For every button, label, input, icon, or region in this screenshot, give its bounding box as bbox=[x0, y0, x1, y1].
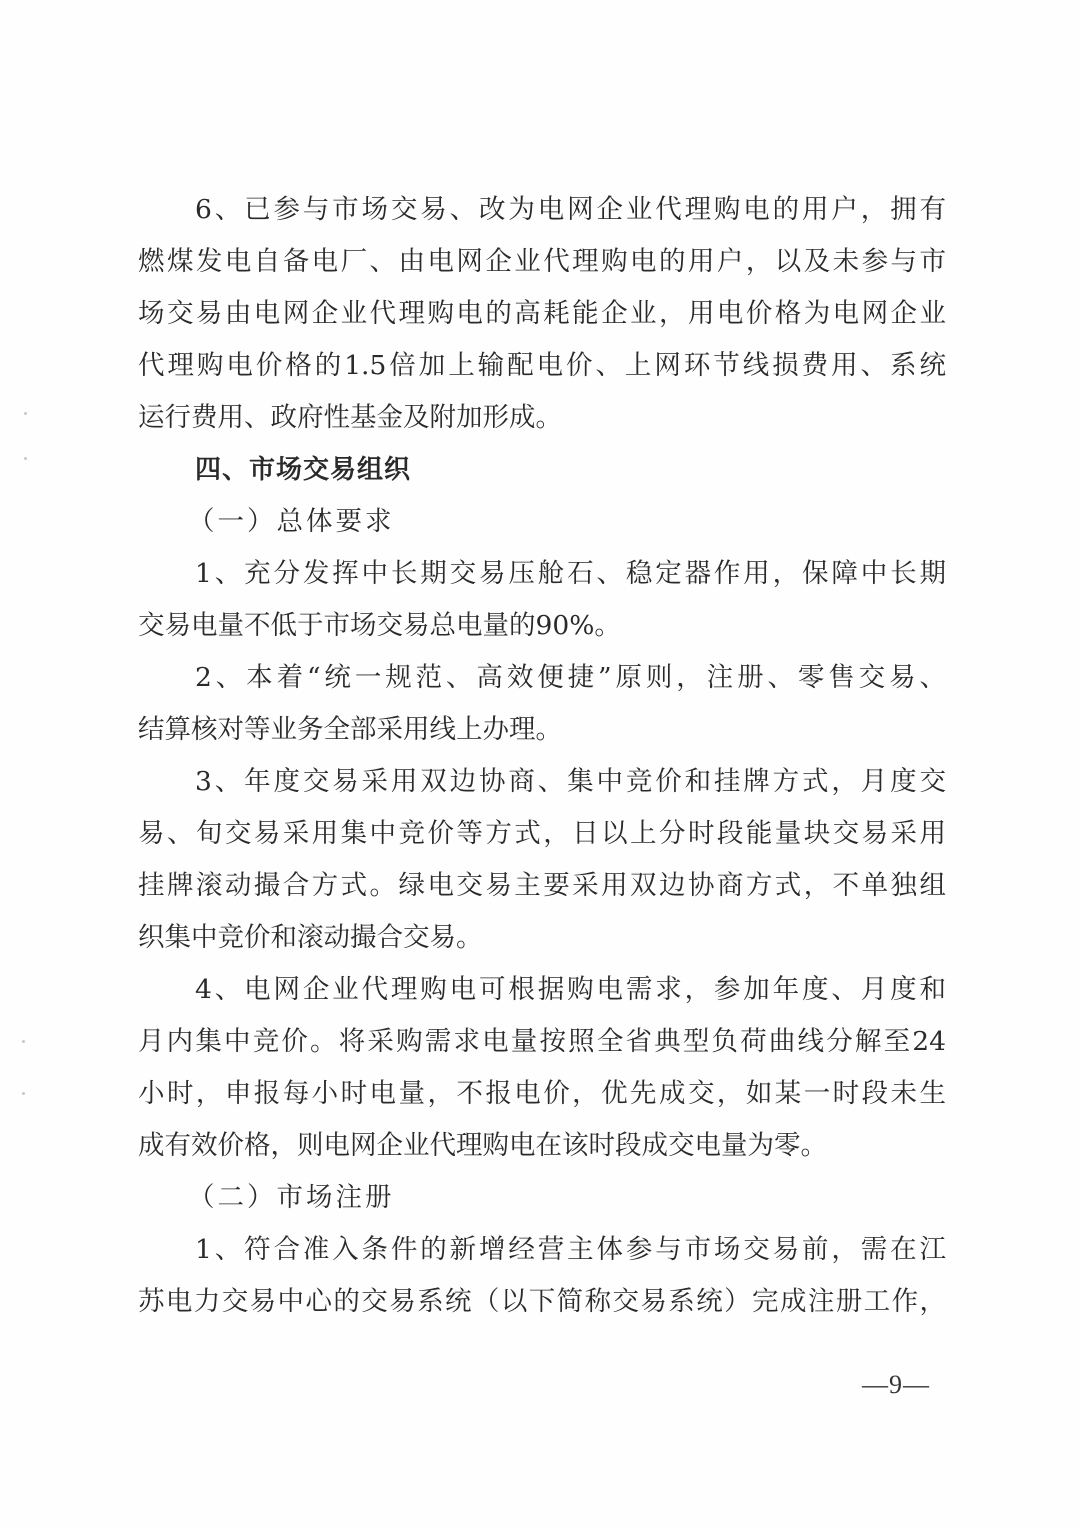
document-body: 6、已参与市场交易、改为电网企业代理购电的用户，拥有 燃煤发电自备电厂、由电网企… bbox=[138, 184, 946, 1328]
subsection-heading-general-requirements: （一）总体要求 bbox=[138, 496, 946, 548]
text-line: 3、年度交易采用双边协商、集中竞价和挂牌方式，月度交 bbox=[138, 756, 946, 808]
text-line: 1、充分发挥中长期交易压舱石、稳定器作用，保障中长期 bbox=[138, 548, 946, 600]
text-line: 织集中竞价和滚动撮合交易。 bbox=[138, 912, 946, 964]
requirement-item-2: 2、本着“统一规范、高效便捷”原则，注册、零售交易、 结算核对等业务全部采用线上… bbox=[138, 652, 946, 756]
text-line: 挂牌滚动撮合方式。绿电交易主要采用双边协商方式，不单独组 bbox=[138, 860, 946, 912]
scan-speck bbox=[22, 1040, 25, 1043]
text-line: 4、电网企业代理购电可根据购电需求，参加年度、月度和 bbox=[138, 964, 946, 1016]
text-line: 运行费用、政府性基金及附加形成。 bbox=[138, 392, 946, 444]
text-line: 易、旬交易采用集中竞价等方式，日以上分时段能量块交易采用 bbox=[138, 808, 946, 860]
scan-speck bbox=[22, 1092, 25, 1095]
registration-item-1: 1、符合准入条件的新增经营主体参与市场交易前，需在江 苏电力交易中心的交易系统（… bbox=[138, 1224, 946, 1328]
text-line: 2、本着“统一规范、高效便捷”原则，注册、零售交易、 bbox=[138, 652, 946, 704]
text-line: 小时，申报每小时电量，不报电价，优先成交，如某一时段未生 bbox=[138, 1068, 946, 1120]
text-line: 代理购电价格的1.5倍加上输配电价、上网环节线损费用、系统 bbox=[138, 340, 946, 392]
text-line: 结算核对等业务全部采用线上办理。 bbox=[138, 704, 946, 756]
text-line: 苏电力交易中心的交易系统（以下简称交易系统）完成注册工作， bbox=[138, 1276, 946, 1328]
document-page: 6、已参与市场交易、改为电网企业代理购电的用户，拥有 燃煤发电自备电厂、由电网企… bbox=[0, 0, 1080, 1527]
text-line: 月内集中竞价。将采购需求电量按照全省典型负荷曲线分解至24 bbox=[138, 1016, 946, 1068]
text-line: 交易电量不低于市场交易总电量的90%。 bbox=[138, 600, 946, 652]
requirement-item-1: 1、充分发挥中长期交易压舱石、稳定器作用，保障中长期 交易电量不低于市场交易总电… bbox=[138, 548, 946, 652]
text-line: 成有效价格，则电网企业代理购电在该时段成交电量为零。 bbox=[138, 1120, 946, 1172]
text-line: 6、已参与市场交易、改为电网企业代理购电的用户，拥有 bbox=[138, 184, 946, 236]
text-line: 1、符合准入条件的新增经营主体参与市场交易前，需在江 bbox=[138, 1224, 946, 1276]
text-line: 燃煤发电自备电厂、由电网企业代理购电的用户，以及未参与市 bbox=[138, 236, 946, 288]
paragraph-item-6: 6、已参与市场交易、改为电网企业代理购电的用户，拥有 燃煤发电自备电厂、由电网企… bbox=[138, 184, 946, 444]
page-number: —9— bbox=[862, 1370, 930, 1400]
requirement-item-4: 4、电网企业代理购电可根据购电需求，参加年度、月度和 月内集中竞价。将采购需求电… bbox=[138, 964, 946, 1172]
requirement-item-3: 3、年度交易采用双边协商、集中竞价和挂牌方式，月度交 易、旬交易采用集中竞价等方… bbox=[138, 756, 946, 964]
text-line: 场交易由电网企业代理购电的高耗能企业，用电价格为电网企业 bbox=[138, 288, 946, 340]
section-heading-market-trading-organization: 四、市场交易组织 bbox=[138, 444, 946, 496]
subsection-heading-market-registration: （二）市场注册 bbox=[138, 1172, 946, 1224]
scan-speck bbox=[24, 457, 27, 460]
scan-speck bbox=[24, 412, 27, 415]
